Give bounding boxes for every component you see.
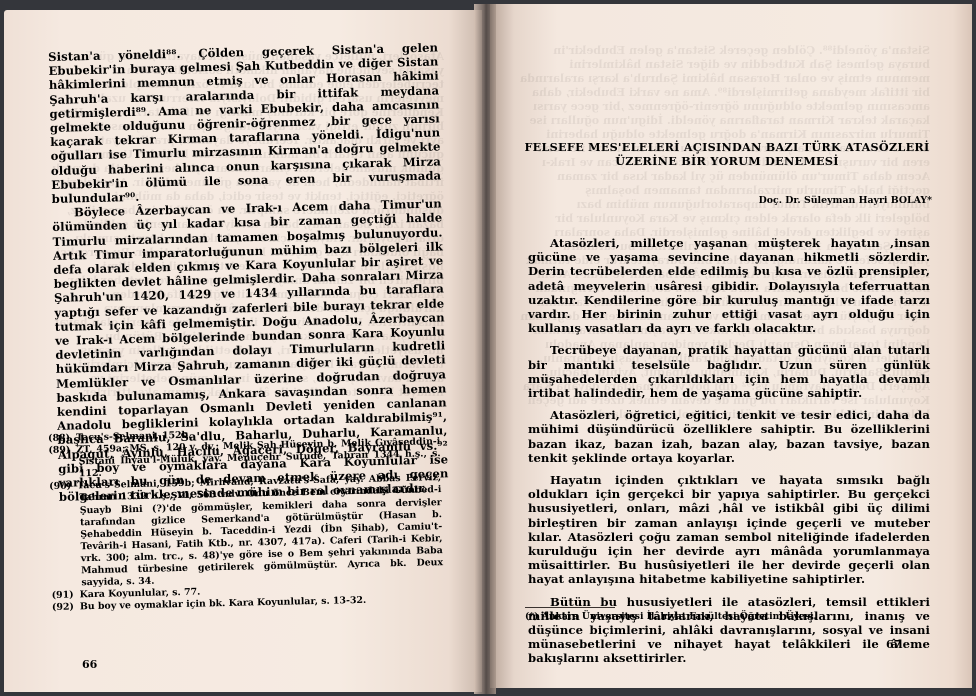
page-number-left: 66 (82, 658, 97, 671)
article-title: FELSEFE MES'ELELERİ AÇISINDAN BAZI TÜRK … (522, 140, 932, 168)
title-line-1: FELSEFE MES'ELELERİ AÇISINDAN BAZI TÜRK … (522, 140, 932, 154)
paragraph: Atasözleri, milletçe yaşanan müşterek ha… (528, 236, 930, 335)
book-gutter (474, 4, 496, 694)
footnote-90: (90)Tacu's-Selmani, 159b; Mirhvand, Ravz… (49, 472, 443, 590)
right-page-body: Atasözleri, milletçe yaşanan müşterek ha… (528, 236, 930, 674)
left-page-footnotes: (88)Tacu's-Selmani, 152b. (89)ZT, 459a; … (48, 424, 444, 614)
author-footnote: (*) Ankara Üniversitesi İlâhiyat Fakülte… (525, 611, 925, 622)
paragraph: Atasözleri, öğretici, eğitici, tenkit ve… (528, 408, 930, 465)
paragraph: Bütün bu hususiyetleri ile atasözleri, t… (528, 595, 930, 666)
paragraph: Tecrübeye dayanan, pratik hayattan gücün… (528, 343, 930, 400)
article-author: Doç. Dr. Süleyman Hayri BOLAY* (700, 195, 932, 206)
title-line-2: ÜZERİNE BİR YORUM DENEMESİ (522, 154, 932, 168)
footnote-divider (525, 607, 615, 608)
paragraph: Hayatın içinden çıktıkları ve hayata sım… (528, 473, 930, 587)
paragraph: Sistan'a yöneldi⁸⁸. Çölden geçerek Sista… (48, 40, 442, 206)
page-number-right: 67 (886, 638, 901, 651)
